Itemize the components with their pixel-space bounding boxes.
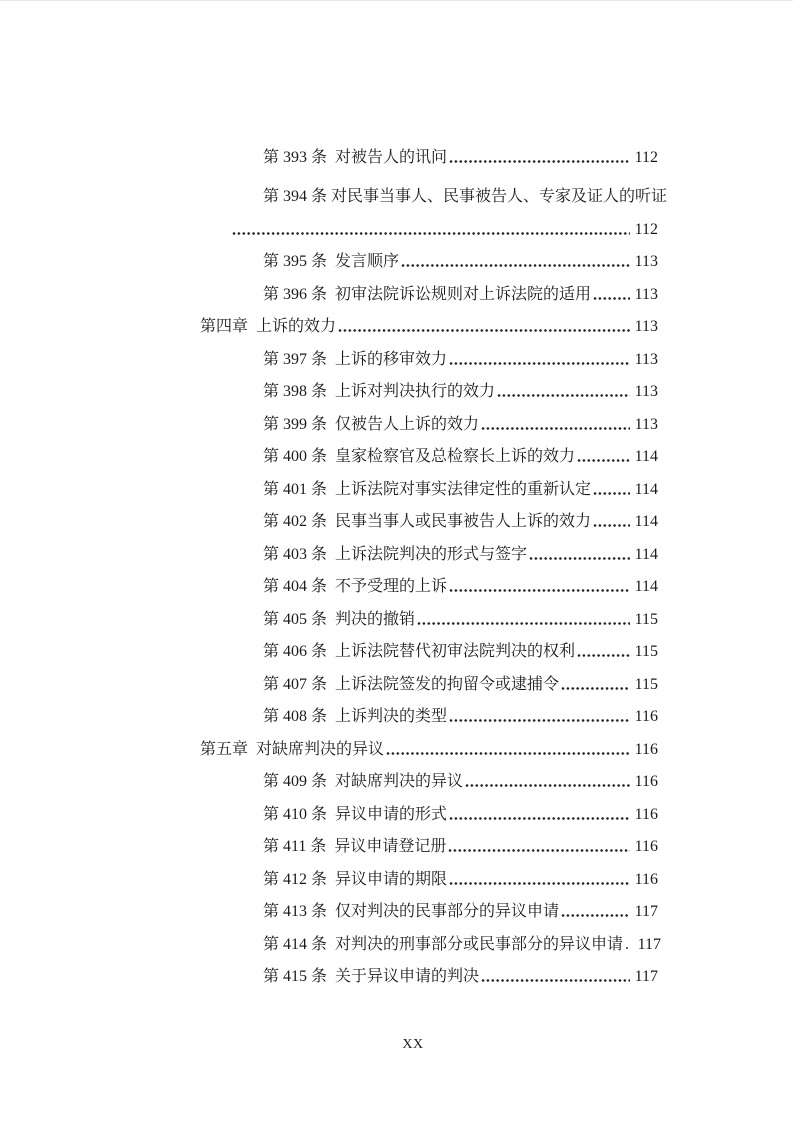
dot-leader bbox=[449, 718, 630, 723]
toc-entry: 第 413 条 仅对判决的民事部分的异议申请 117 bbox=[200, 894, 658, 927]
dot-leader bbox=[497, 393, 630, 398]
dot-leader bbox=[593, 523, 630, 528]
dot-leader bbox=[593, 296, 630, 301]
toc-entry-label: 第 400 条 皇家检察官及总检察长上诉的效力 bbox=[263, 443, 575, 466]
toc-entry: 第 397 条 上诉的移审效力 113 bbox=[200, 341, 658, 374]
dot-leader bbox=[449, 816, 630, 821]
toc-entry: 第 410 条 异议申请的形式 116 bbox=[200, 796, 658, 829]
toc-entry-label: 第五章 对缺席判决的异议 bbox=[200, 736, 384, 759]
dot-leader bbox=[448, 848, 630, 853]
dot-leader bbox=[481, 978, 630, 983]
toc-entry-label: 第四章 上诉的效力 bbox=[200, 313, 336, 336]
toc-entry-label: 第 413 条 仅对判决的民事部分的异议申请 bbox=[263, 898, 559, 921]
toc-entry-label: 第 394 条 对民事当事人、民事被告人、专家及证人的听证 bbox=[263, 183, 667, 206]
dot-leader bbox=[481, 426, 630, 431]
toc-entry-page: 117 bbox=[634, 968, 658, 986]
toc-entry-page: 116 bbox=[634, 838, 658, 856]
toc-entry: 第 403 条 上诉法院判决的形式与签字 114 bbox=[200, 536, 658, 569]
dot-leader: . bbox=[625, 936, 633, 954]
toc-entry-page: 116 bbox=[634, 708, 658, 726]
toc-entry: 第 398 条 上诉对判决执行的效力 113 bbox=[200, 374, 658, 407]
dot-leader bbox=[465, 783, 630, 788]
dot-leader bbox=[449, 588, 630, 593]
dot-leader bbox=[338, 328, 630, 333]
toc-entry-label: 第 401 条 上诉法院对事实法律定性的重新认定 bbox=[263, 476, 591, 499]
toc-entry-label: 第 412 条 异议申请的期限 bbox=[263, 866, 447, 889]
toc-entry: 第 396 条 初审法院诉讼规则对上诉法院的适用 113 bbox=[200, 276, 658, 309]
toc-entry-label: 第 407 条 上诉法院签发的拘留令或逮捕令 bbox=[263, 671, 559, 694]
toc-entry-label: 第 414 条 对判决的刑事部分或民事部分的异议申请 bbox=[263, 931, 623, 954]
toc-entry: 第 408 条 上诉判决的类型 116 bbox=[200, 699, 658, 732]
dot-leader bbox=[449, 159, 630, 164]
toc-entry: 第 399 条 仅被告人上诉的效力 113 bbox=[200, 406, 658, 439]
toc-entry: 第 411 条 异议申请登记册 116 bbox=[200, 829, 658, 862]
toc-entry: 第 405 条 判决的撤销 115 bbox=[200, 601, 658, 634]
dot-leader bbox=[561, 913, 630, 918]
toc-entry-label: 第 403 条 上诉法院判决的形式与签字 bbox=[263, 541, 527, 564]
dot-leader bbox=[529, 556, 630, 561]
toc-entry-page: 115 bbox=[634, 611, 658, 629]
toc-entry-page: 115 bbox=[634, 676, 658, 694]
dot-leader bbox=[577, 458, 630, 463]
dot-leader bbox=[449, 881, 630, 886]
toc-entry-page: 117 bbox=[634, 903, 658, 921]
table-of-contents: 第 393 条 对被告人的讯问 112 第 394 条 对民事当事人、民事被告人… bbox=[200, 139, 658, 991]
toc-entry: 第 415 条 关于异议申请的判决 117 bbox=[200, 959, 658, 992]
toc-entry: 第 412 条 异议申请的期限 116 bbox=[200, 861, 658, 894]
toc-entry-page: 114 bbox=[634, 513, 658, 531]
toc-entry-page: 114 bbox=[634, 546, 658, 564]
toc-entry-page: 116 bbox=[634, 773, 658, 791]
document-page: 第 393 条 对被告人的讯问 112 第 394 条 对民事当事人、民事被告人… bbox=[0, 0, 793, 1122]
toc-entry-label: 第 410 条 异议申请的形式 bbox=[263, 801, 447, 824]
toc-entry-page: 113 bbox=[634, 318, 658, 336]
toc-entry-label: 第 408 条 上诉判决的类型 bbox=[263, 703, 447, 726]
toc-chapter-entry: 第四章 上诉的效力 113 bbox=[200, 309, 658, 342]
toc-entry-label: 第 395 条 发言顺序 bbox=[263, 248, 399, 271]
footer-page-number: XX bbox=[402, 1037, 423, 1053]
dot-leader bbox=[401, 263, 630, 268]
toc-entry-label: 第 402 条 民事当事人或民事被告人上诉的效力 bbox=[263, 508, 591, 531]
toc-entry: 第 409 条 对缺席判决的异议 116 bbox=[200, 764, 658, 797]
toc-entry-label: 第 411 条 异议申请登记册 bbox=[263, 833, 446, 856]
dot-leader bbox=[593, 491, 630, 496]
toc-entry: 第 414 条 对判决的刑事部分或民事部分的异议申请 . 117 bbox=[200, 926, 658, 959]
toc-entry-page: 114 bbox=[634, 481, 658, 499]
toc-entry-label: 第 415 条 关于异议申请的判决 bbox=[263, 963, 479, 986]
toc-entry-label: 第 398 条 上诉对判决执行的效力 bbox=[263, 378, 495, 401]
toc-entry-page: 117 bbox=[637, 936, 661, 954]
toc-entry: 第 406 条 上诉法院替代初审法院判决的权利 115 bbox=[200, 634, 658, 667]
toc-entry: 第 394 条 对民事当事人、民事被告人、专家及证人的听证 bbox=[200, 179, 658, 212]
toc-entry-page: 113 bbox=[634, 253, 658, 271]
toc-entry-page: 113 bbox=[634, 351, 658, 369]
toc-entry: 第 401 条 上诉法院对事实法律定性的重新认定 114 bbox=[200, 471, 658, 504]
toc-entry: 第 395 条 发言顺序 113 bbox=[200, 244, 658, 277]
toc-entry-page: 116 bbox=[634, 871, 658, 889]
toc-entry-page: 113 bbox=[634, 416, 658, 434]
toc-entry: 第 400 条 皇家检察官及总检察长上诉的效力 114 bbox=[200, 439, 658, 472]
dot-leader bbox=[417, 621, 630, 626]
toc-entry-page: 113 bbox=[634, 383, 658, 401]
toc-entry-label: 第 404 条 不予受理的上诉 bbox=[263, 573, 447, 596]
toc-entry: 第 402 条 民事当事人或民事被告人上诉的效力 114 bbox=[200, 504, 658, 537]
toc-entry: 第 393 条 对被告人的讯问 112 bbox=[200, 139, 658, 172]
toc-entry-page: 116 bbox=[634, 741, 658, 759]
toc-entry-page: 115 bbox=[634, 643, 658, 661]
toc-entry-label: 第 397 条 上诉的移审效力 bbox=[263, 346, 447, 369]
toc-entry-page: 112 bbox=[634, 149, 658, 167]
dot-leader bbox=[232, 231, 630, 236]
page-top-edge bbox=[0, 0, 793, 1]
toc-entry-label: 第 393 条 对被告人的讯问 bbox=[263, 144, 447, 167]
dot-leader bbox=[577, 653, 630, 658]
dot-leader bbox=[561, 686, 630, 691]
toc-entry-label: 第 406 条 上诉法院替代初审法院判决的权利 bbox=[263, 638, 575, 661]
toc-entry-page: 113 bbox=[634, 286, 658, 304]
dot-leader bbox=[449, 361, 630, 366]
toc-chapter-entry: 第五章 对缺席判决的异议 116 bbox=[200, 731, 658, 764]
toc-entry-page: 112 bbox=[634, 221, 658, 239]
toc-entry-page: 114 bbox=[634, 578, 658, 596]
toc-entry-continuation: 112 bbox=[200, 211, 658, 244]
toc-entry-label: 第 405 条 判决的撤销 bbox=[263, 606, 415, 629]
toc-entry-page: 114 bbox=[634, 448, 658, 466]
toc-entry-label: 第 396 条 初审法院诉讼规则对上诉法院的适用 bbox=[263, 281, 591, 304]
toc-entry: 第 404 条 不予受理的上诉 114 bbox=[200, 569, 658, 602]
dot-leader bbox=[386, 751, 630, 756]
toc-entry-label: 第 399 条 仅被告人上诉的效力 bbox=[263, 411, 479, 434]
toc-entry-label: 第 409 条 对缺席判决的异议 bbox=[263, 768, 463, 791]
toc-entry-page: 116 bbox=[634, 806, 658, 824]
toc-entry: 第 407 条 上诉法院签发的拘留令或逮捕令 115 bbox=[200, 666, 658, 699]
